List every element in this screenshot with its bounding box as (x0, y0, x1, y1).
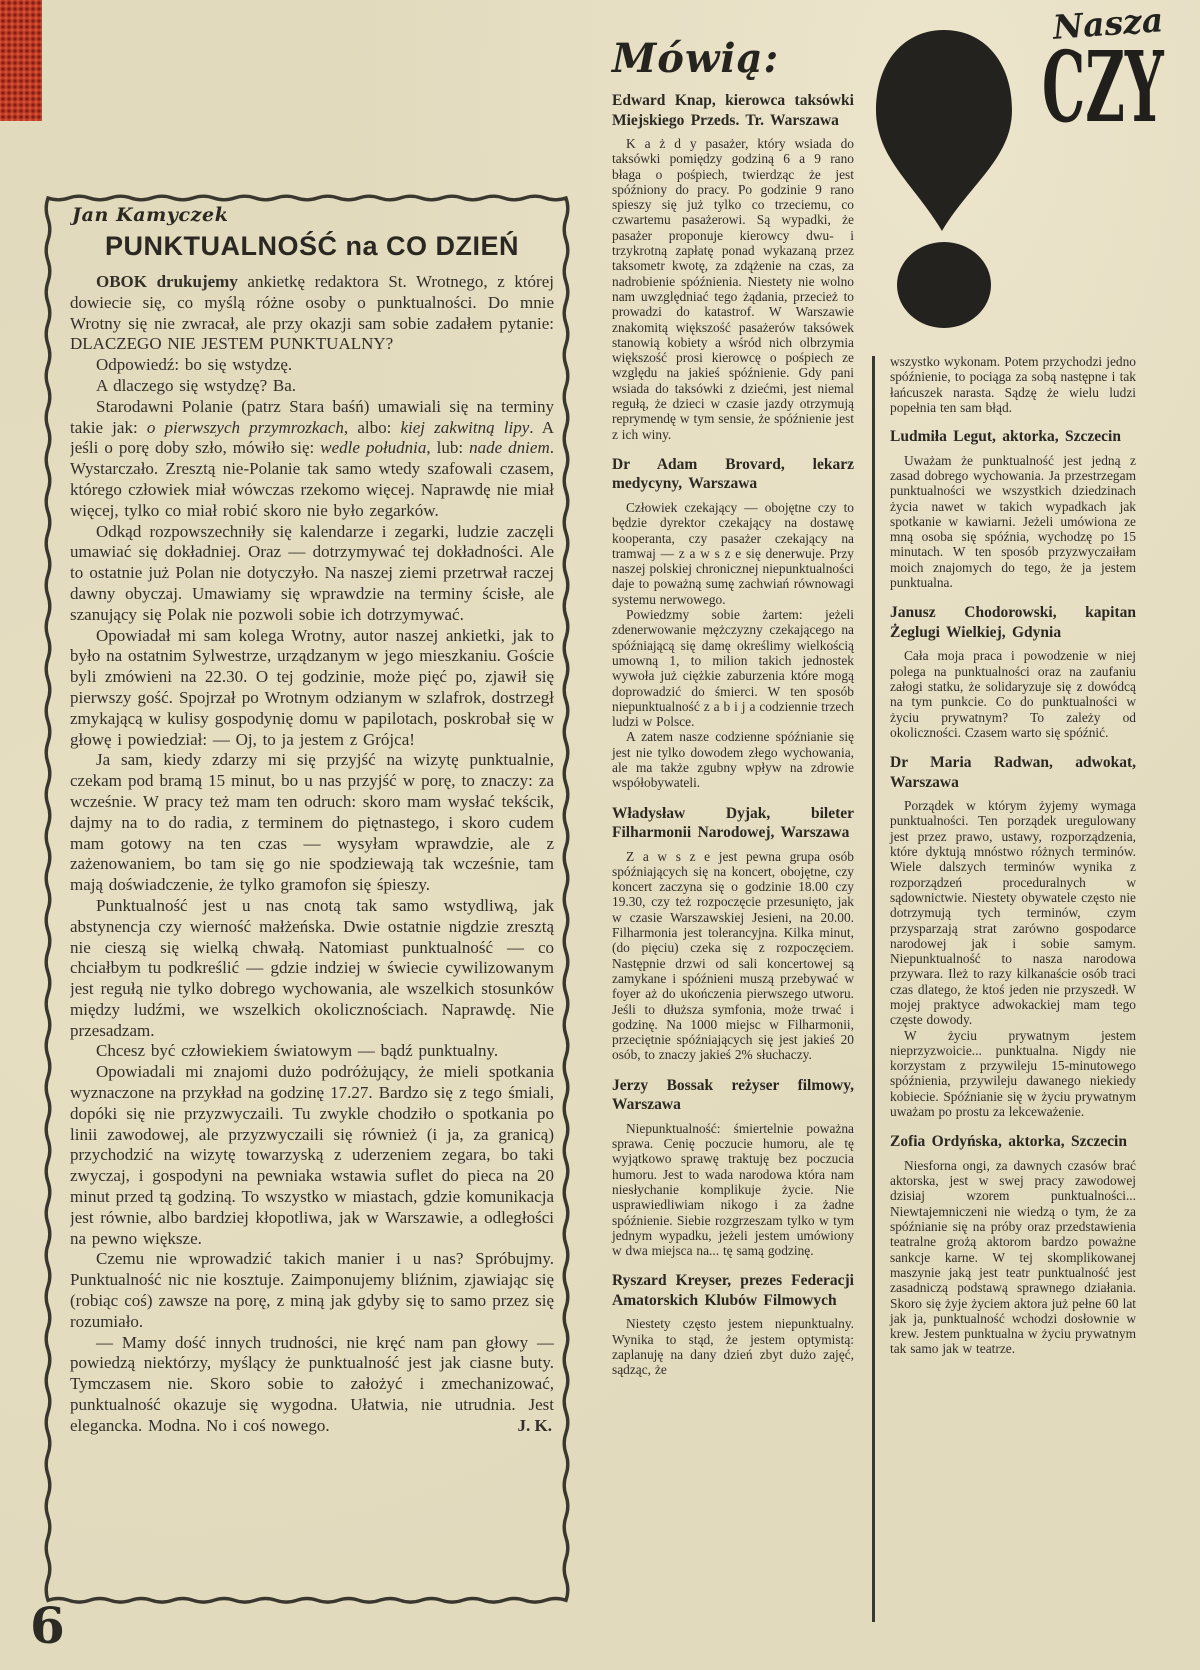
survey-entry: Janusz Chodorowski, kapitan Żeglugi Wiel… (890, 603, 1136, 740)
paragraph: W życiu prywatnym jestem nieprzyzwoicie.… (890, 1028, 1136, 1120)
paragraph: Cała moja praca i powodzenie w niej pole… (890, 648, 1136, 740)
survey-entry: Edward Knap, kierowca taksówki Miejskieg… (612, 91, 854, 442)
column-divider-rule (872, 356, 875, 1622)
paragraph-lead: OBOK drukujemy ankietkę redaktora St. Wr… (70, 272, 554, 355)
article-author: Jan Kamyczek (72, 204, 554, 226)
article-title: PUNKTUALNOŚĆ na CO DZIEŃ (70, 231, 554, 262)
respondent-heading: Zofia Ordyńska, aktorka, Szczecin (890, 1132, 1136, 1152)
paragraph: Niepunktualność: śmiertelnie poważna spr… (612, 1121, 854, 1259)
respondent-heading: Ryszard Kreyser, prezes Federacji Amator… (612, 1271, 854, 1310)
paragraph: Opowiadali mi znajomi dużo podróżujący, … (70, 1062, 554, 1249)
featured-article: Jan Kamyczek PUNKTUALNOŚĆ na CO DZIEŃ OB… (70, 204, 554, 1596)
paragraph: Porządek w którym żyjemy wymaga punktual… (890, 798, 1136, 1027)
paragraph: Punktualność jest u nas cnotą tak samo w… (70, 896, 554, 1042)
survey-entry: Dr Maria Radwan, adwokat, Warszawa Porzą… (890, 753, 1136, 1119)
survey-column-right: wszystko wykonam. Potem przychodzi jedno… (890, 354, 1136, 1357)
respondent-heading: Dr Maria Radwan, adwokat, Warszawa (890, 753, 1136, 792)
paragraph: A dlaczego się wstydzę? Ba. (70, 376, 554, 397)
survey-entry: Władysław Dyjak, bileter Filharmonii Nar… (612, 804, 854, 1063)
section-header-mowia: Mówią: (612, 36, 854, 82)
survey-entry: Dr Adam Brovard, lekarz medycyny, Warsza… (612, 455, 854, 791)
continued-paragraph: wszystko wykonam. Potem przychodzi jedno… (890, 354, 1136, 415)
paragraph: Niestety często jestem niepunktualny. Wy… (612, 1316, 854, 1377)
paragraph: Chcesz być człowiekiem światowym — bądź … (70, 1041, 554, 1062)
red-halftone-corner (0, 0, 42, 121)
survey-entry: Zofia Ordyńska, aktorka, Szczecin Niesfo… (890, 1132, 1136, 1356)
paragraph: Ja sam, kiedy zdarzy mi się przyjść na w… (70, 750, 554, 896)
paragraph: Odkąd rozpowszechniły się kalendarze i z… (70, 522, 554, 626)
paragraph: Starodawni Polanie (patrz Stara baśń) um… (70, 397, 554, 522)
respondent-heading: Jerzy Bossak reżyser filmowy, Warszawa (612, 1076, 854, 1115)
respondent-heading: Ludmiła Legut, aktorka, Szczecin (890, 427, 1136, 447)
paragraph: Odpowiedź: bo się wstydzę. (70, 355, 554, 376)
survey-column-middle: Mówią: Edward Knap, kierowca taksówki Mi… (612, 36, 854, 1378)
respondent-heading: Janusz Chodorowski, kapitan Żeglugi Wiel… (890, 603, 1136, 642)
paragraph: Opowiadał mi sam kolega Wrotny, autor na… (70, 626, 554, 751)
masthead-big-word: CZY (1042, 38, 1164, 137)
paragraph: Uważam że punktualność jest jedną z zasa… (890, 453, 1136, 591)
survey-entry: Jerzy Bossak reżyser filmowy, Warszawa N… (612, 1076, 854, 1259)
paragraph: Niesforna ongi, za dawnych czasów brać a… (890, 1158, 1136, 1357)
magazine-page: Jan Kamyczek PUNKTUALNOŚĆ na CO DZIEŃ OB… (0, 0, 1200, 1670)
lead-bold-text: OBOK drukujemy (96, 272, 238, 291)
exclamation-mark-icon (866, 26, 1022, 332)
page-number: 6 (30, 1596, 65, 1655)
paragraph: Człowiek czekający — obojętne czy to będ… (612, 500, 854, 607)
survey-entry: Ludmiła Legut, aktorka, Szczecin Uważam … (890, 427, 1136, 590)
paragraph: A zatem nasze codzienne spóźnianie się j… (612, 729, 854, 790)
paragraph: Z a w s z e jest pewna grupa osób spóźni… (612, 849, 854, 1063)
paragraph: K a ż d y pasażer, który wsiada do taksó… (612, 136, 854, 442)
respondent-heading: Władysław Dyjak, bileter Filharmonii Nar… (612, 804, 854, 843)
paragraph: Powiedzmy sobie żartem: jeżeli zdenerwow… (612, 607, 854, 729)
paragraph: Czemu nie wprowadzić takich manier i u n… (70, 1249, 554, 1332)
respondent-heading: Dr Adam Brovard, lekarz medycyny, Warsza… (612, 455, 854, 494)
respondent-heading: Edward Knap, kierowca taksówki Miejskieg… (612, 91, 854, 130)
survey-entry: Ryszard Kreyser, prezes Federacji Amator… (612, 1271, 854, 1377)
